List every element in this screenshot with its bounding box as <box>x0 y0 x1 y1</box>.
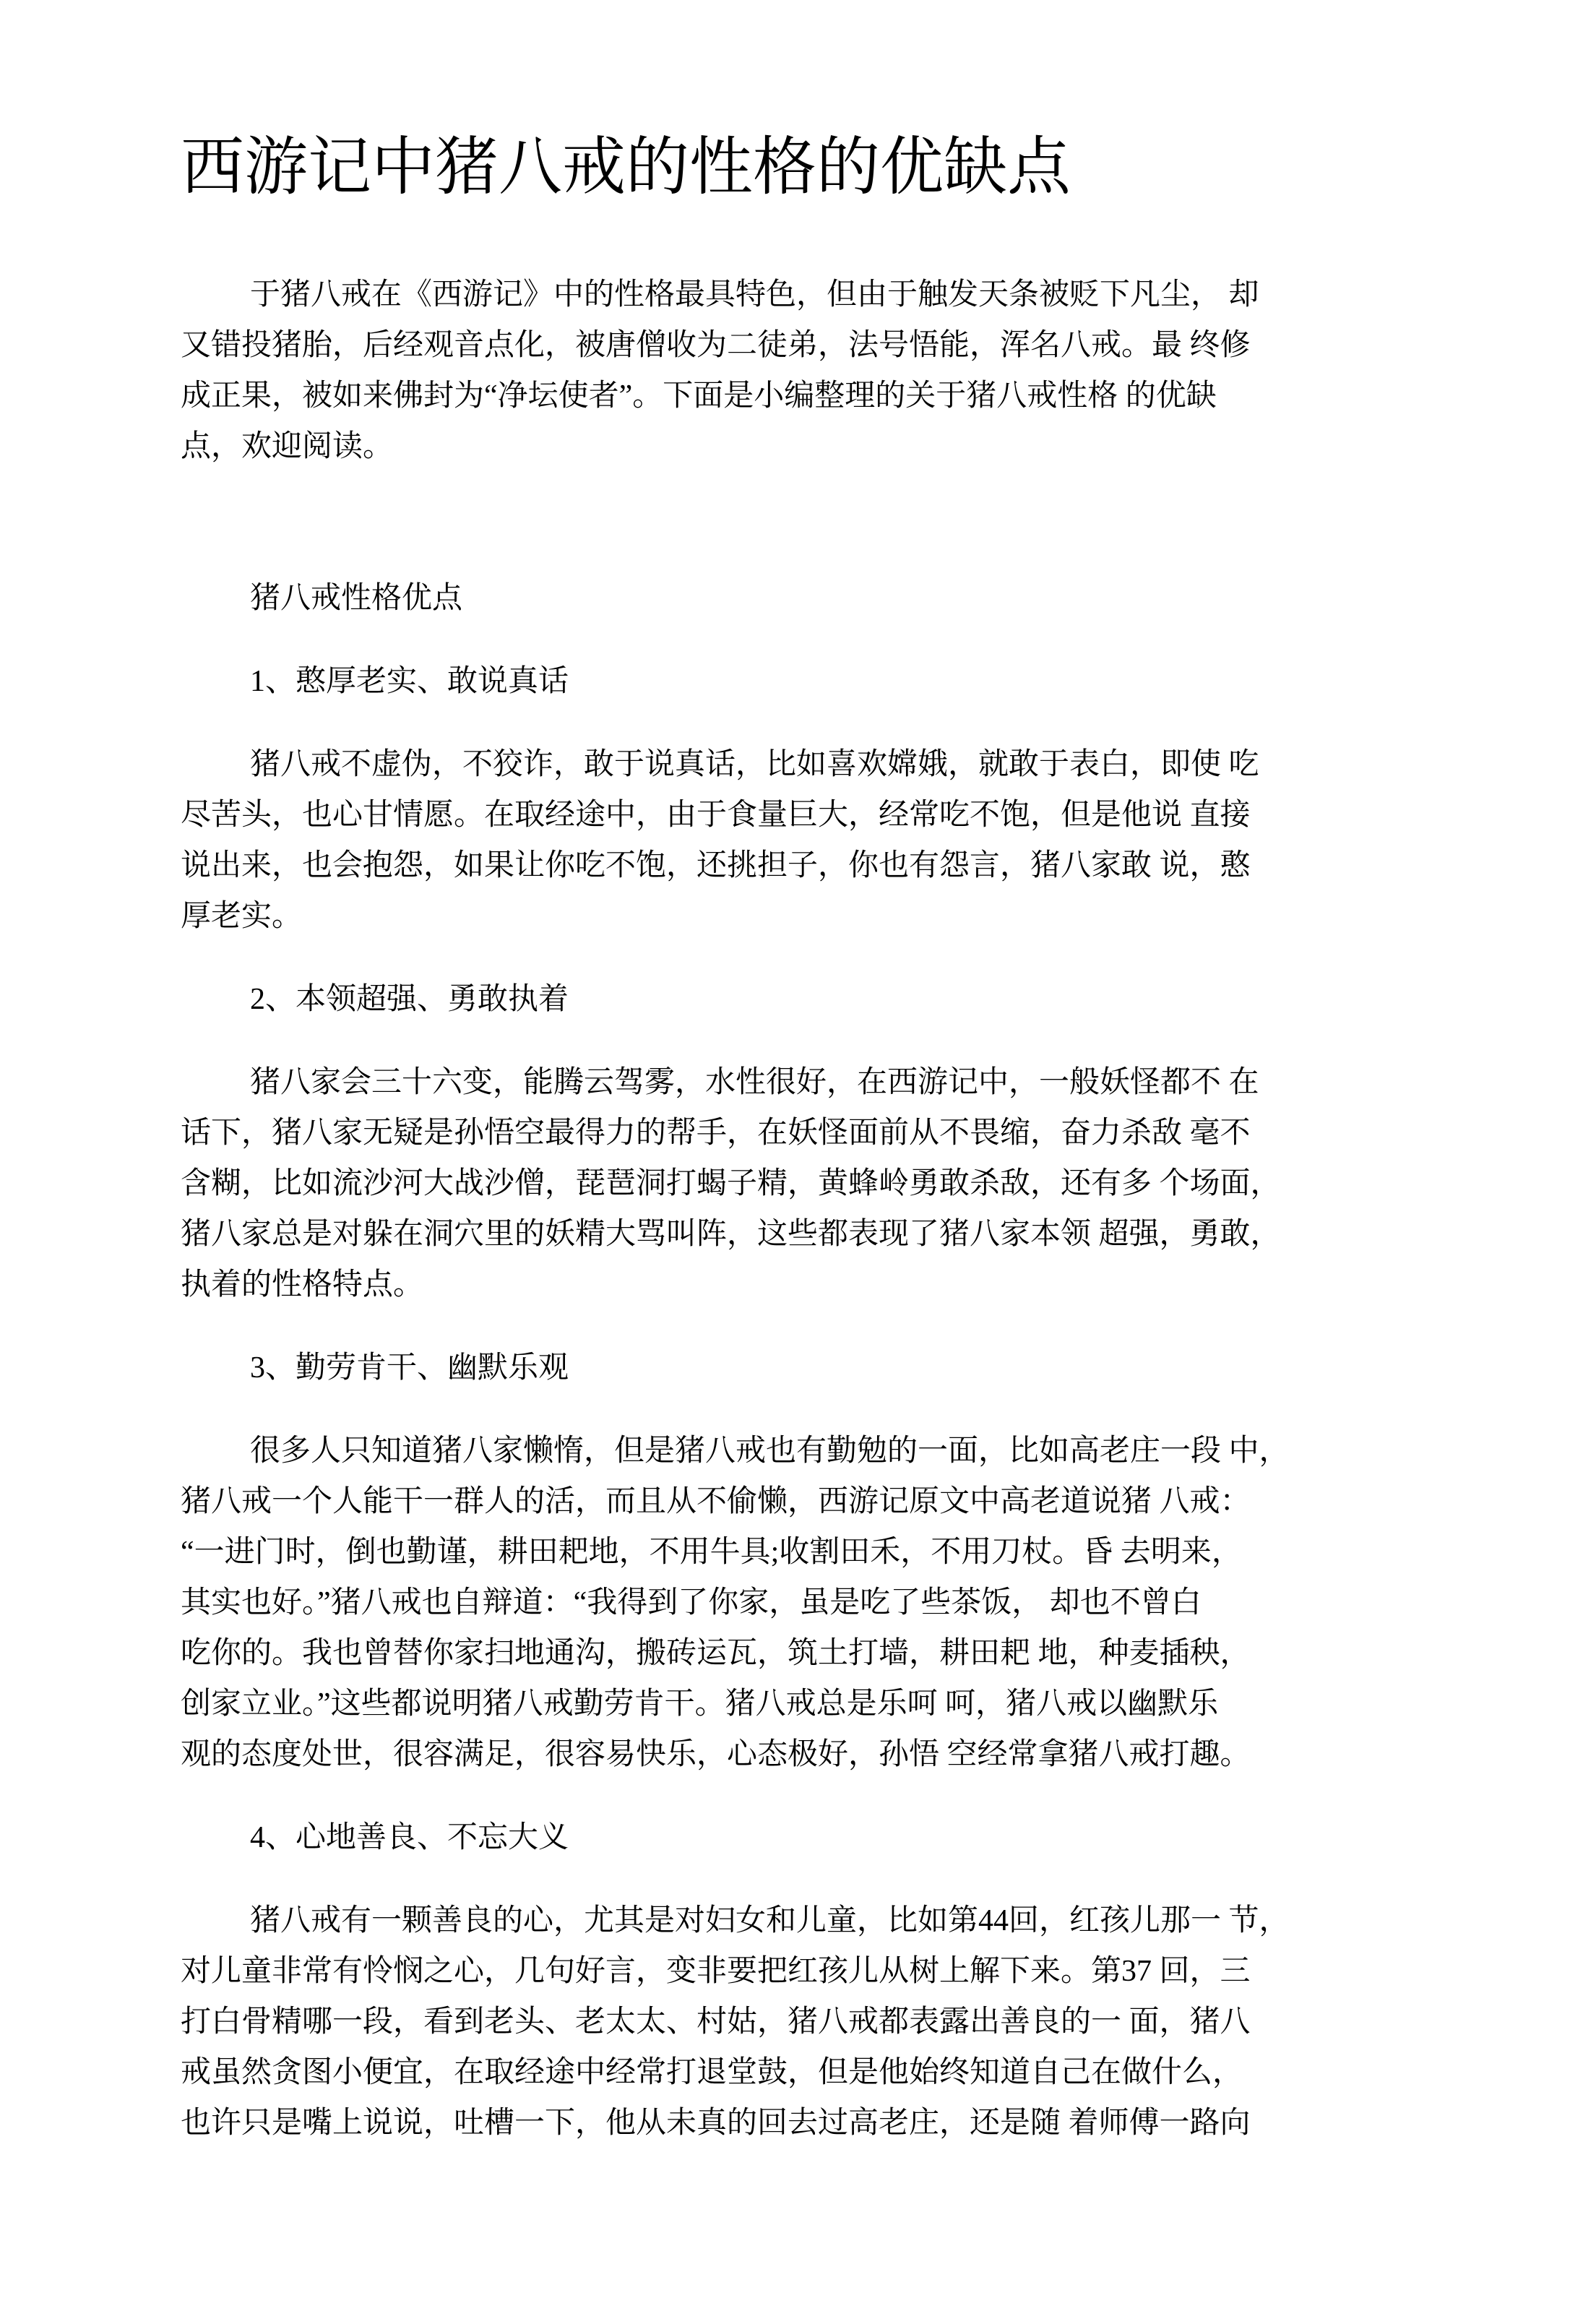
document-title: 西游记中猪八戒的性格的优缺点 <box>181 129 1415 208</box>
subheading-advantages: 猪八戒性格优点 <box>181 573 1415 624</box>
heading-1-honest: 1、憨厚老实、敢说真话 <box>181 656 1415 707</box>
paragraph-2-capable: 猪八家会三十六变，能腾云驾雾，水性很好，在西游记中，一般妖怪都不 在 话下，猪八… <box>181 1057 1415 1310</box>
intro-paragraph: 于猪八戒在《西游记》中的性格最具特色，但由于触发天条被贬下凡尘， 却 又错投猪胎… <box>181 270 1415 472</box>
document-page: 西游记中猪八戒的性格的优缺点 于猪八戒在《西游记》中的性格最具特色，但由于触发天… <box>0 0 1596 2298</box>
heading-4-kindhearted: 4、心地善良、不忘大义 <box>181 1812 1415 1863</box>
paragraph-3-hardworking: 很多人只知道猪八家懒惰，但是猪八戒也有勤勉的一面，比如高老庄一段 中， 猪八戒一… <box>181 1426 1415 1780</box>
section-gap <box>181 504 1415 573</box>
paragraph-4-kindhearted: 猪八戒有一颗善良的心，尤其是对妇女和儿童，比如第44回，红孩儿那一 节， 对儿童… <box>181 1895 1415 2148</box>
paragraph-1-honest: 猪八戒不虚伪，不狡诈，敢于说真话，比如喜欢嫦娥，就敢于表白，即使 吃 尽苦头，也… <box>181 739 1415 942</box>
heading-3-hardworking: 3、勤劳肯干、幽默乐观 <box>181 1343 1415 1393</box>
heading-2-capable: 2、本领超强、勇敢执着 <box>181 974 1415 1025</box>
